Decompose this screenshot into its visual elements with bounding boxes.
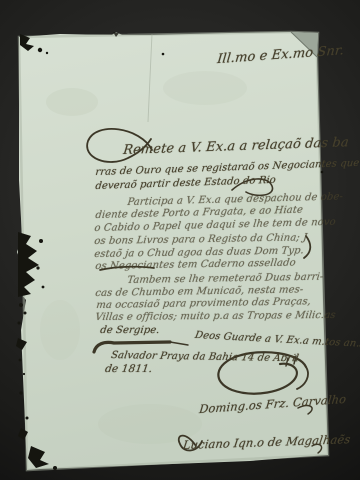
photographed-manuscript: Ill.mo e Ex.mo Snr. Remete a V. Ex.a a r… [0,0,360,480]
manuscript-photo-scene [0,0,360,480]
